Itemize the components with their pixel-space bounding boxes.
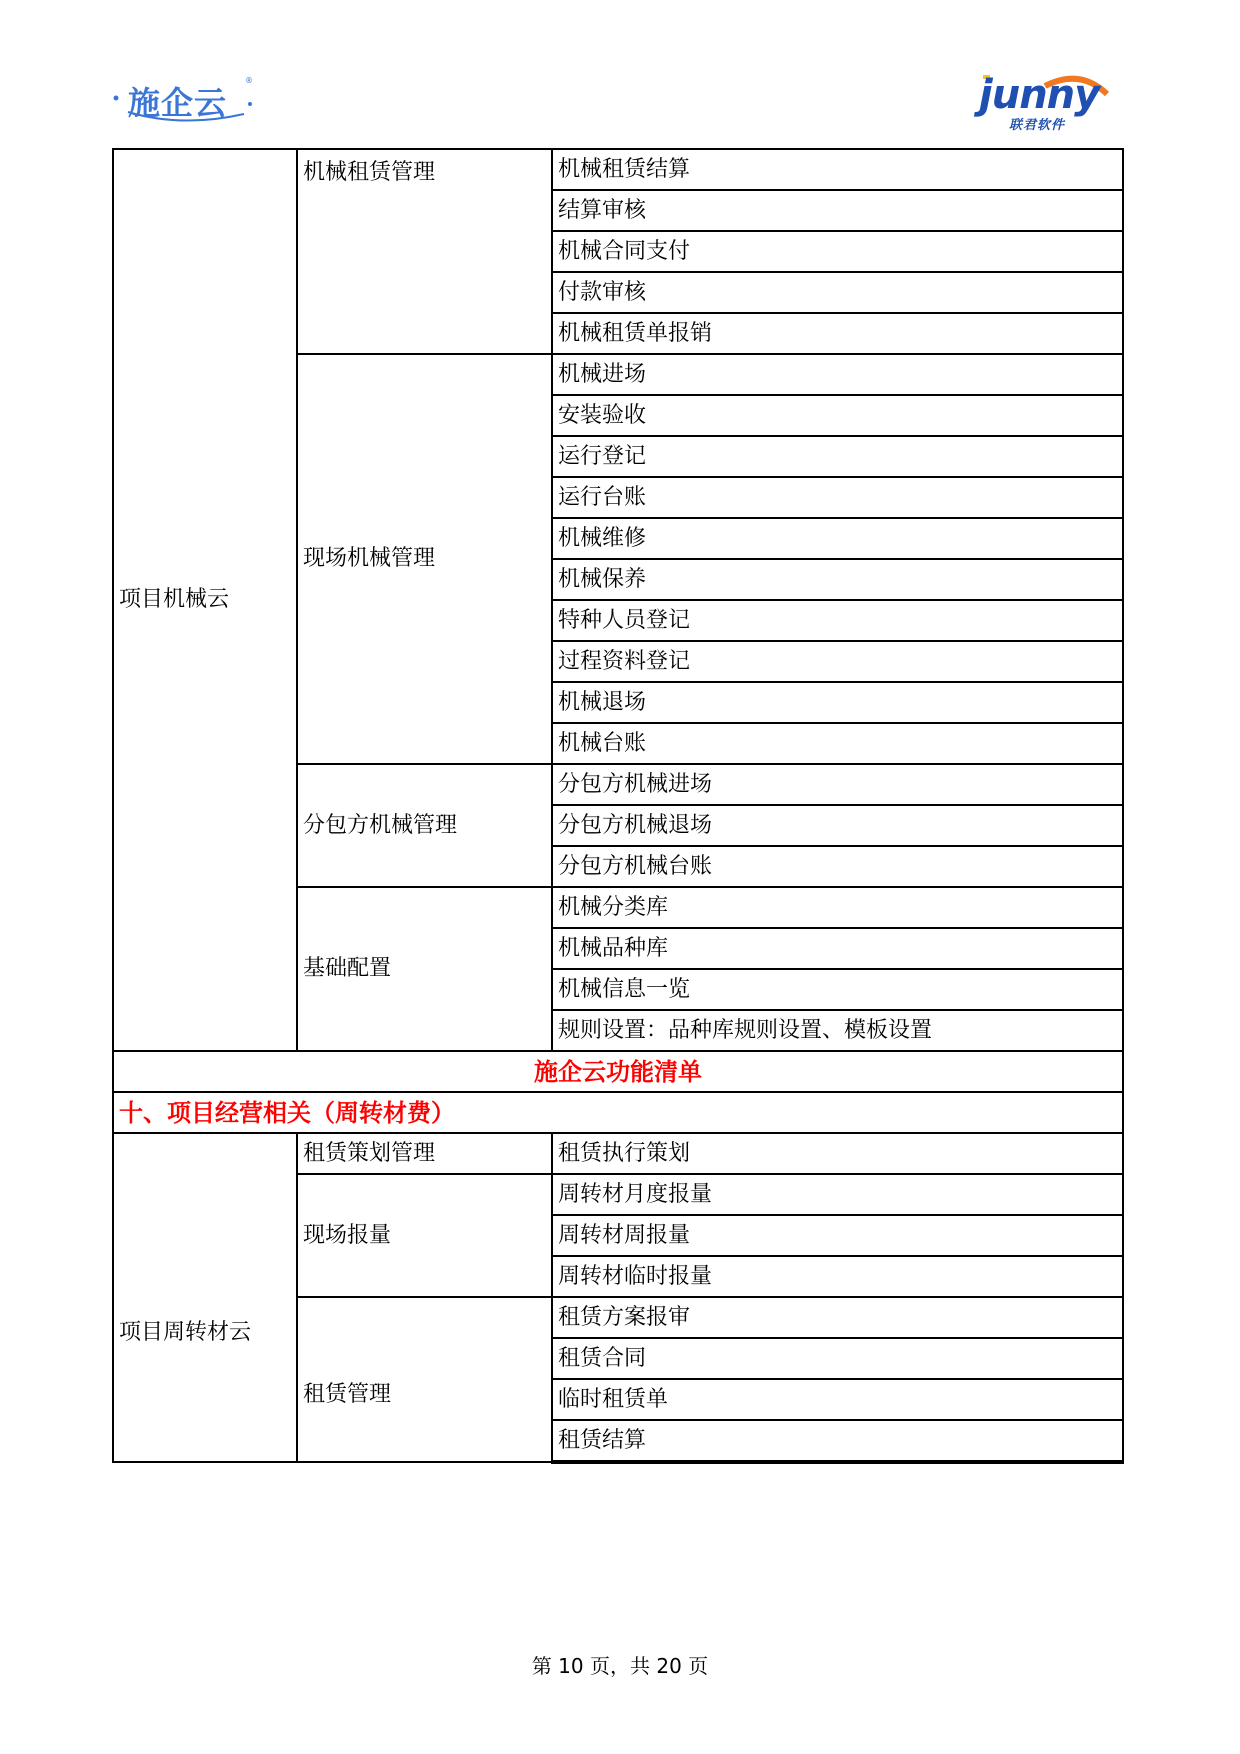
item-cell: 特种人员登记 bbox=[552, 600, 1123, 641]
item-cell: 结算审核 bbox=[552, 190, 1123, 231]
group-cell: 租赁管理 bbox=[297, 1297, 552, 1462]
function-list-table: 项目机械云 机械租赁管理 机械租赁结算 结算审核 机械合同支付 付款审核 机械租… bbox=[112, 148, 1124, 1464]
item-cell: 分包方机械台账 bbox=[552, 846, 1123, 887]
section-heading: 十、项目经营相关（周转材费） bbox=[113, 1092, 1123, 1133]
item-cell: 机械品种库 bbox=[552, 928, 1123, 969]
module-cell: 项目机械云 bbox=[113, 149, 297, 1051]
logo-wordmark: junny bbox=[979, 72, 1099, 118]
item-cell: 周转材月度报量 bbox=[552, 1174, 1123, 1215]
logo-subtitle: 联君软件 bbox=[1009, 114, 1065, 133]
table-row: 项目周转材云 租赁策划管理 租赁执行策划 bbox=[113, 1133, 1123, 1174]
junny-logo: junny 联君软件 bbox=[975, 72, 1125, 132]
item-cell: 机械分类库 bbox=[552, 887, 1123, 928]
item-cell: 机械退场 bbox=[552, 682, 1123, 723]
group-cell: 基础配置 bbox=[297, 887, 552, 1051]
item-cell: 临时租赁单 bbox=[552, 1379, 1123, 1420]
table-row: 项目机械云 机械租赁管理 机械租赁结算 bbox=[113, 149, 1123, 190]
item-cell: 机械合同支付 bbox=[552, 231, 1123, 272]
list-title: 施企云功能清单 bbox=[113, 1051, 1123, 1092]
item-cell: 机械台账 bbox=[552, 723, 1123, 764]
group-cell: 租赁策划管理 bbox=[297, 1133, 552, 1174]
group-cell: 分包方机械管理 bbox=[297, 764, 552, 887]
item-cell: 租赁方案报审 bbox=[552, 1297, 1123, 1338]
item-cell: 机械租赁单报销 bbox=[552, 313, 1123, 354]
item-cell: 分包方机械退场 bbox=[552, 805, 1123, 846]
item-cell: 机械租赁结算 bbox=[552, 149, 1123, 190]
item-cell: 租赁结算 bbox=[552, 1420, 1123, 1462]
group-cell: 现场机械管理 bbox=[297, 354, 552, 764]
item-cell: 租赁执行策划 bbox=[552, 1133, 1123, 1174]
item-cell: 分包方机械进场 bbox=[552, 764, 1123, 805]
item-cell: 机械保养 bbox=[552, 559, 1123, 600]
item-cell: 运行台账 bbox=[552, 477, 1123, 518]
item-cell: 机械信息一览 bbox=[552, 969, 1123, 1010]
shiqiyun-logo: 施企云 ® bbox=[112, 76, 252, 128]
item-cell: 机械维修 bbox=[552, 518, 1123, 559]
item-cell: 规则设置：品种库规则设置、模板设置 bbox=[552, 1010, 1123, 1051]
group-cell: 现场报量 bbox=[297, 1174, 552, 1297]
item-cell: 周转材临时报量 bbox=[552, 1256, 1123, 1297]
table-row: 施企云功能清单 bbox=[113, 1051, 1123, 1092]
item-cell: 过程资料登记 bbox=[552, 641, 1123, 682]
table-row: 十、项目经营相关（周转材费） bbox=[113, 1092, 1123, 1133]
item-cell: 运行登记 bbox=[552, 436, 1123, 477]
item-cell: 租赁合同 bbox=[552, 1338, 1123, 1379]
page-footer: 第 10 页，共 20 页 bbox=[0, 1650, 1240, 1679]
item-cell: 机械进场 bbox=[552, 354, 1123, 395]
logo-text: 施企云 bbox=[128, 78, 227, 124]
item-cell: 安装验收 bbox=[552, 395, 1123, 436]
group-cell: 机械租赁管理 bbox=[297, 149, 552, 354]
item-cell: 周转材周报量 bbox=[552, 1215, 1123, 1256]
item-cell: 付款审核 bbox=[552, 272, 1123, 313]
registered-mark: ® bbox=[245, 76, 253, 85]
page-header: 施企云 ® junny 联君软件 bbox=[0, 0, 1240, 140]
module-cell: 项目周转材云 bbox=[113, 1133, 297, 1462]
